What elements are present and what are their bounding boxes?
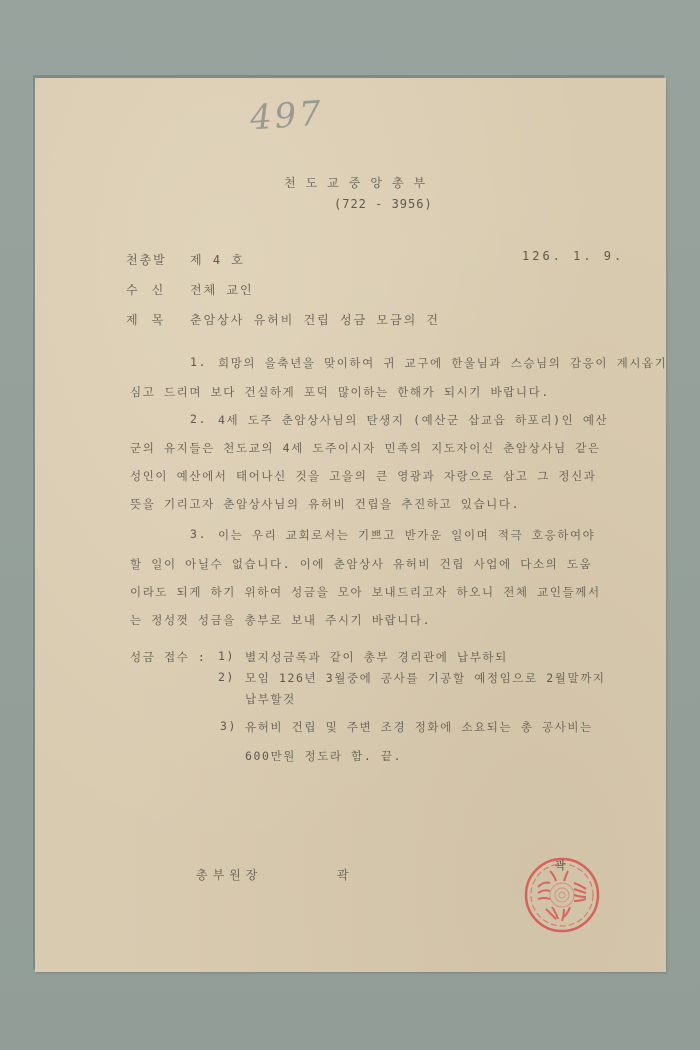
remittance-item-2-line-2: 납부할것: [245, 691, 296, 707]
paragraph-3-number: 3.: [190, 527, 207, 541]
paragraph-2-number: 2.: [190, 412, 207, 426]
subject-value: 춘암상사 유허비 건립 성금 모금의 건: [190, 311, 440, 328]
recipient-label: 수신: [126, 281, 177, 298]
remittance-item-2-line-1: 모임 126년 3월중에 공사를 기공할 예정임으로 2월말까지: [245, 670, 606, 686]
paragraph-3-line-1: 이는 우리 교회로서는 기쁘고 반가운 일이며 적극 호응하여야: [218, 527, 595, 543]
handwritten-archive-number: 497: [249, 93, 326, 138]
organization-phone: (722 - 3956): [334, 197, 433, 211]
doc-number-value: 제 4 호: [190, 251, 245, 268]
organization-title: 천도교중앙총부: [284, 174, 435, 191]
remittance-item-2-number: 2): [218, 670, 235, 684]
document-paper: [35, 78, 666, 972]
subject-label: 제목: [126, 311, 177, 328]
closing-sender: 총부원장: [196, 866, 262, 883]
paragraph-2-line-1: 4세 도주 춘암상사님의 탄생지 (예산군 삽교읍 하포리)인 예산: [218, 412, 608, 428]
doc-number-label: 천총발: [126, 251, 167, 268]
paragraph-2-line-3: 성인이 예산에서 태어나신 것을 고을의 큰 영광과 자랑으로 삼고 그 정신과: [130, 468, 597, 484]
paragraph-2-line-2: 군의 유지들은 천도교의 4세 도주이시자 민족의 지도자이신 춘암상사님 같은: [130, 440, 601, 456]
paragraph-2-line-4: 뜻을 기리고자 춘암상사님의 유허비 건립을 추진하고 있습니다.: [130, 496, 520, 512]
paragraph-1-line-1: 희망의 을축년을 맞이하여 귀 교구에 한울님과 스승님의 감응이 계시옵기: [218, 355, 667, 371]
recipient-value: 전체 교인: [190, 281, 254, 298]
remittance-label: 성금 접수 :: [130, 649, 206, 665]
remittance-item-3-number: 3): [220, 719, 237, 733]
paragraph-1-line-2: 심고 드리며 보다 건실하게 포덕 많이하는 한해가 되시기 바랍니다.: [130, 384, 550, 400]
remittance-item-1-line-1: 별지성금록과 같이 총부 경리관에 납부하되: [245, 649, 508, 665]
paragraph-3-line-4: 는 정성껏 성금을 총부로 보내 주시기 바랍니다.: [130, 612, 431, 628]
paragraph-1-number: 1.: [190, 355, 207, 369]
remittance-item-3-line-2: 600만원 정도라 함. 끝.: [245, 748, 402, 764]
seal-overprint-char: 곽: [555, 857, 568, 873]
remittance-item-3-line-1: 유허비 건립 및 주변 조경 정화에 소요되는 총 공사비는: [245, 719, 593, 735]
paragraph-3-line-3: 이라도 되게 하기 위하여 성금을 모아 보내드리고자 하오니 전체 교인들께서: [130, 584, 601, 600]
paragraph-3-line-2: 할 일이 아닐수 없습니다. 이에 춘암상사 유허비 건립 사업에 다소의 도움: [130, 556, 592, 572]
closing-role-char: 곽: [337, 866, 351, 883]
doc-date: 126. 1. 9.: [522, 249, 624, 263]
remittance-item-1-number: 1): [218, 649, 235, 663]
